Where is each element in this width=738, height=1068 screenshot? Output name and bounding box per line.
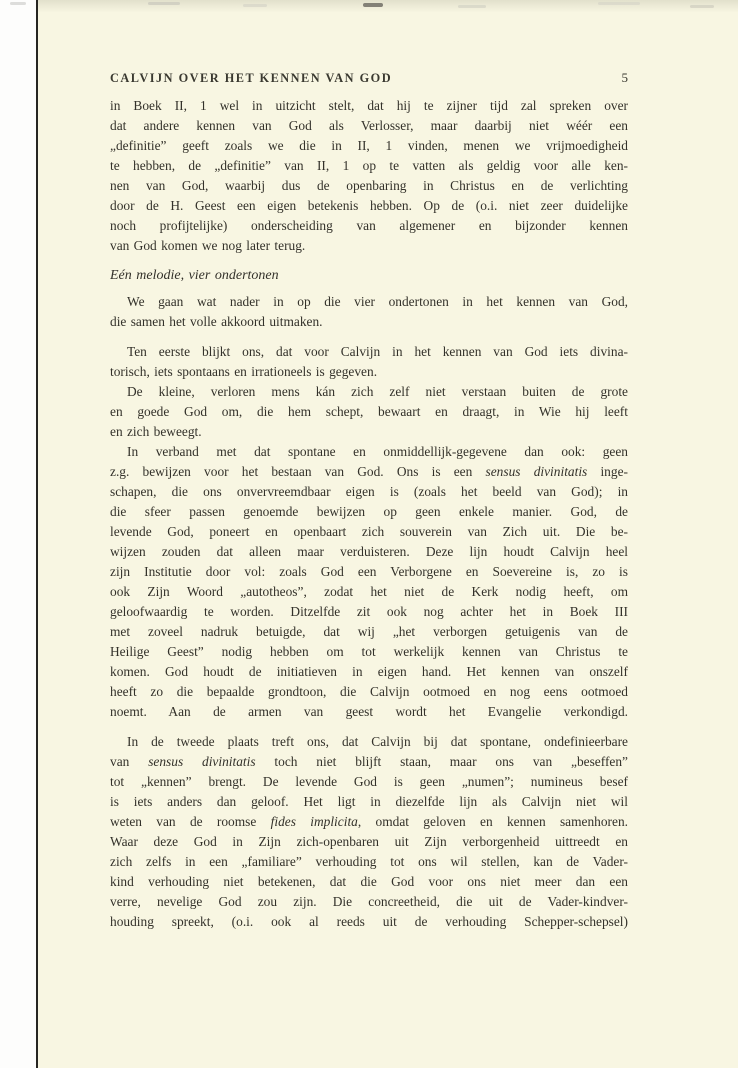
text-line: die samen het volle akkoord uitmaken. <box>110 312 628 332</box>
text-line: levende God, poneert en openbaart zich s… <box>110 522 628 542</box>
scan-artifact <box>10 2 26 5</box>
text-segment: houding spreekt, (o.i. ook al reeds uit … <box>110 914 628 929</box>
text-segment: kind verhouding niet betekenen, dat die … <box>110 874 628 889</box>
text-line: „definitie” geeft zoals we die in II, 1 … <box>110 136 628 156</box>
paragraph: In verband met dat spontane en onmiddell… <box>110 442 628 722</box>
text-segment: torisch, iets spontaans en irrationeels … <box>110 364 377 379</box>
text-segment: in Boek II, 1 wel in uitzicht stelt, dat… <box>110 98 628 113</box>
text-segment: , omdat geloven en kennen samenhoren. <box>358 814 628 829</box>
text-segment: toch niet blijft staan, maar ons van „be… <box>256 754 628 769</box>
text-line: komen. God houdt de initiatieven in eige… <box>110 662 628 682</box>
text-segment: weten van de roomse <box>110 814 271 829</box>
text-segment: en goede God om, die hem schept, bewaart… <box>110 404 628 419</box>
italic-text: fides implicita <box>271 814 358 829</box>
text-line: zich zelfs in een „familiare” verhouding… <box>110 852 628 872</box>
text-line: nen van God, waarbij dus de openbaring i… <box>110 176 628 196</box>
text-segment: „definitie” geeft zoals we die in II, 1 … <box>110 138 628 153</box>
text-segment: In verband met dat spontane en onmiddell… <box>127 444 628 459</box>
text-segment: Ten eerste blijkt ons, dat voor Calvijn … <box>127 344 628 359</box>
text-segment: Heilige Geest” nodig hebben om tot werke… <box>110 644 628 659</box>
text-line: en goede God om, die hem schept, bewaart… <box>110 402 628 422</box>
text-segment: Eén melodie, vier ondertonen <box>110 268 279 283</box>
text-line: die sfeer passen genoemde bewijzen op ge… <box>110 502 628 522</box>
text-line: Ten eerste blijkt ons, dat voor Calvijn … <box>110 342 628 362</box>
page-number: 5 <box>622 68 629 88</box>
text-segment: z.g. bewijzen voor het bestaan van God. … <box>110 464 486 479</box>
text-segment: De kleine, verloren mens kán zich zelf n… <box>127 384 628 399</box>
page-header: CALVIJN OVER HET KENNEN VAN GOD 5 <box>110 68 628 88</box>
text-segment: geloofwaardig te worden. Ditzelfde zit o… <box>110 604 628 619</box>
running-title: CALVIJN OVER HET KENNEN VAN GOD <box>110 68 392 88</box>
text-segment: door de H. Geest een eigen betekenis heb… <box>110 198 628 213</box>
text-segment: komen. God houdt de initiatieven in eige… <box>110 664 628 679</box>
text-segment: die sfeer passen genoemde bewijzen op ge… <box>110 504 628 519</box>
text-line: noch profijtelijke) onderscheiding van a… <box>110 216 628 236</box>
text-segment: levende God, poneert en openbaart zich s… <box>110 524 628 539</box>
text-line: met zoveel nadruk betuigde, dat wij „het… <box>110 622 628 642</box>
text-line: Eén melodie, vier ondertonen <box>110 266 628 286</box>
text-line: Waar deze God in Zijn zich-openbaren uit… <box>110 832 628 852</box>
scanner-margin <box>0 0 36 1068</box>
text-line: van God komen we nog later terug. <box>110 236 628 256</box>
text-segment: te hebben, de „definitie” van II, 1 op t… <box>110 158 628 173</box>
text-segment: tot „kennen” brengt. De levende God is g… <box>110 774 628 789</box>
text-segment: en zich beweegt. <box>110 424 202 439</box>
text-line: Heilige Geest” nodig hebben om tot werke… <box>110 642 628 662</box>
text-segment: zich zelfs in een „familiare” verhouding… <box>110 854 628 869</box>
text-segment: van <box>110 754 148 769</box>
text-segment: zijn Institutie door vol: zoals God een … <box>110 564 628 579</box>
text-line: wijzen zouden dat alleen maar verduister… <box>110 542 628 562</box>
text-line: noemt. Aan de armen van geest wordt het … <box>110 702 628 722</box>
text-segment: inge- <box>587 464 628 479</box>
text-segment: dat andere kennen van God als Verlosser,… <box>110 118 628 133</box>
text-segment: noch profijtelijke) onderscheiding van a… <box>110 218 628 233</box>
text-segment: wijzen zouden dat alleen maar verduister… <box>110 544 628 559</box>
text-segment: Waar deze God in Zijn zich-openbaren uit… <box>110 834 628 849</box>
paragraph: In de tweede plaats treft ons, dat Calvi… <box>110 732 628 932</box>
italic-text: sensus divinitatis <box>486 464 588 479</box>
text-line: We gaan wat nader in op die vier onderto… <box>110 292 628 312</box>
text-segment: We gaan wat nader in op die vier onderto… <box>127 294 628 309</box>
scanned-book-page-view: CALVIJN OVER HET KENNEN VAN GOD 5 in Boe… <box>0 0 738 1068</box>
paragraph: De kleine, verloren mens kán zich zelf n… <box>110 382 628 442</box>
text-segment: verre, nevelige God zou zijn. Die concre… <box>110 894 628 909</box>
italic-text: sensus divinitatis <box>148 754 255 769</box>
text-line: schapen, die ons onvervreemdbaar eigen i… <box>110 482 628 502</box>
text-segment: ook Zijn Woord „autotheos”, zodat het ni… <box>110 584 628 599</box>
paragraph: We gaan wat nader in op die vier onderto… <box>110 292 628 332</box>
paragraph: Ten eerste blijkt ons, dat voor Calvijn … <box>110 342 628 382</box>
text-segment: In de tweede plaats treft ons, dat Calvi… <box>127 734 628 749</box>
text-line: kind verhouding niet betekenen, dat die … <box>110 872 628 892</box>
text-segment: nen van God, waarbij dus de openbaring i… <box>110 178 628 193</box>
section-heading: Eén melodie, vier ondertonen <box>110 266 628 286</box>
text-line: houding spreekt, (o.i. ook al reeds uit … <box>110 912 628 932</box>
text-line: van sensus divinitatis toch niet blijft … <box>110 752 628 772</box>
text-line: dat andere kennen van God als Verlosser,… <box>110 116 628 136</box>
text-line: geloofwaardig te worden. Ditzelfde zit o… <box>110 602 628 622</box>
paragraph: in Boek II, 1 wel in uitzicht stelt, dat… <box>110 96 628 256</box>
text-line: is iets anders dan geloof. Het ligt in d… <box>110 792 628 812</box>
text-line: zijn Institutie door vol: zoals God een … <box>110 562 628 582</box>
text-line: en zich beweegt. <box>110 422 628 442</box>
text-line: te hebben, de „definitie” van II, 1 op t… <box>110 156 628 176</box>
book-page: CALVIJN OVER HET KENNEN VAN GOD 5 in Boe… <box>38 0 738 1068</box>
text-line: in Boek II, 1 wel in uitzicht stelt, dat… <box>110 96 628 116</box>
scan-artifact <box>690 5 714 8</box>
text-content: CALVIJN OVER HET KENNEN VAN GOD 5 in Boe… <box>110 0 628 932</box>
text-column: in Boek II, 1 wel in uitzicht stelt, dat… <box>110 96 628 932</box>
text-segment: met zoveel nadruk betuigde, dat wij „het… <box>110 624 628 639</box>
text-line: weten van de roomse fides implicita, omd… <box>110 812 628 832</box>
text-line: z.g. bewijzen voor het bestaan van God. … <box>110 462 628 482</box>
text-segment: noemt. Aan de armen van geest wordt het … <box>110 704 628 719</box>
text-line: verre, nevelige God zou zijn. Die concre… <box>110 892 628 912</box>
text-segment: is iets anders dan geloof. Het ligt in d… <box>110 794 628 809</box>
text-line: In verband met dat spontane en onmiddell… <box>110 442 628 462</box>
text-line: In de tweede plaats treft ons, dat Calvi… <box>110 732 628 752</box>
text-line: torisch, iets spontaans en irrationeels … <box>110 362 628 382</box>
text-segment: schapen, die ons onvervreemdbaar eigen i… <box>110 484 628 499</box>
text-line: tot „kennen” brengt. De levende God is g… <box>110 772 628 792</box>
text-line: De kleine, verloren mens kán zich zelf n… <box>110 382 628 402</box>
text-line: door de H. Geest een eigen betekenis heb… <box>110 196 628 216</box>
text-segment: die samen het volle akkoord uitmaken. <box>110 314 323 329</box>
text-line: heeft zo die bepaalde grondtoon, die Cal… <box>110 682 628 702</box>
text-segment: heeft zo die bepaalde grondtoon, die Cal… <box>110 684 628 699</box>
text-segment: van God komen we nog later terug. <box>110 238 305 253</box>
text-line: ook Zijn Woord „autotheos”, zodat het ni… <box>110 582 628 602</box>
